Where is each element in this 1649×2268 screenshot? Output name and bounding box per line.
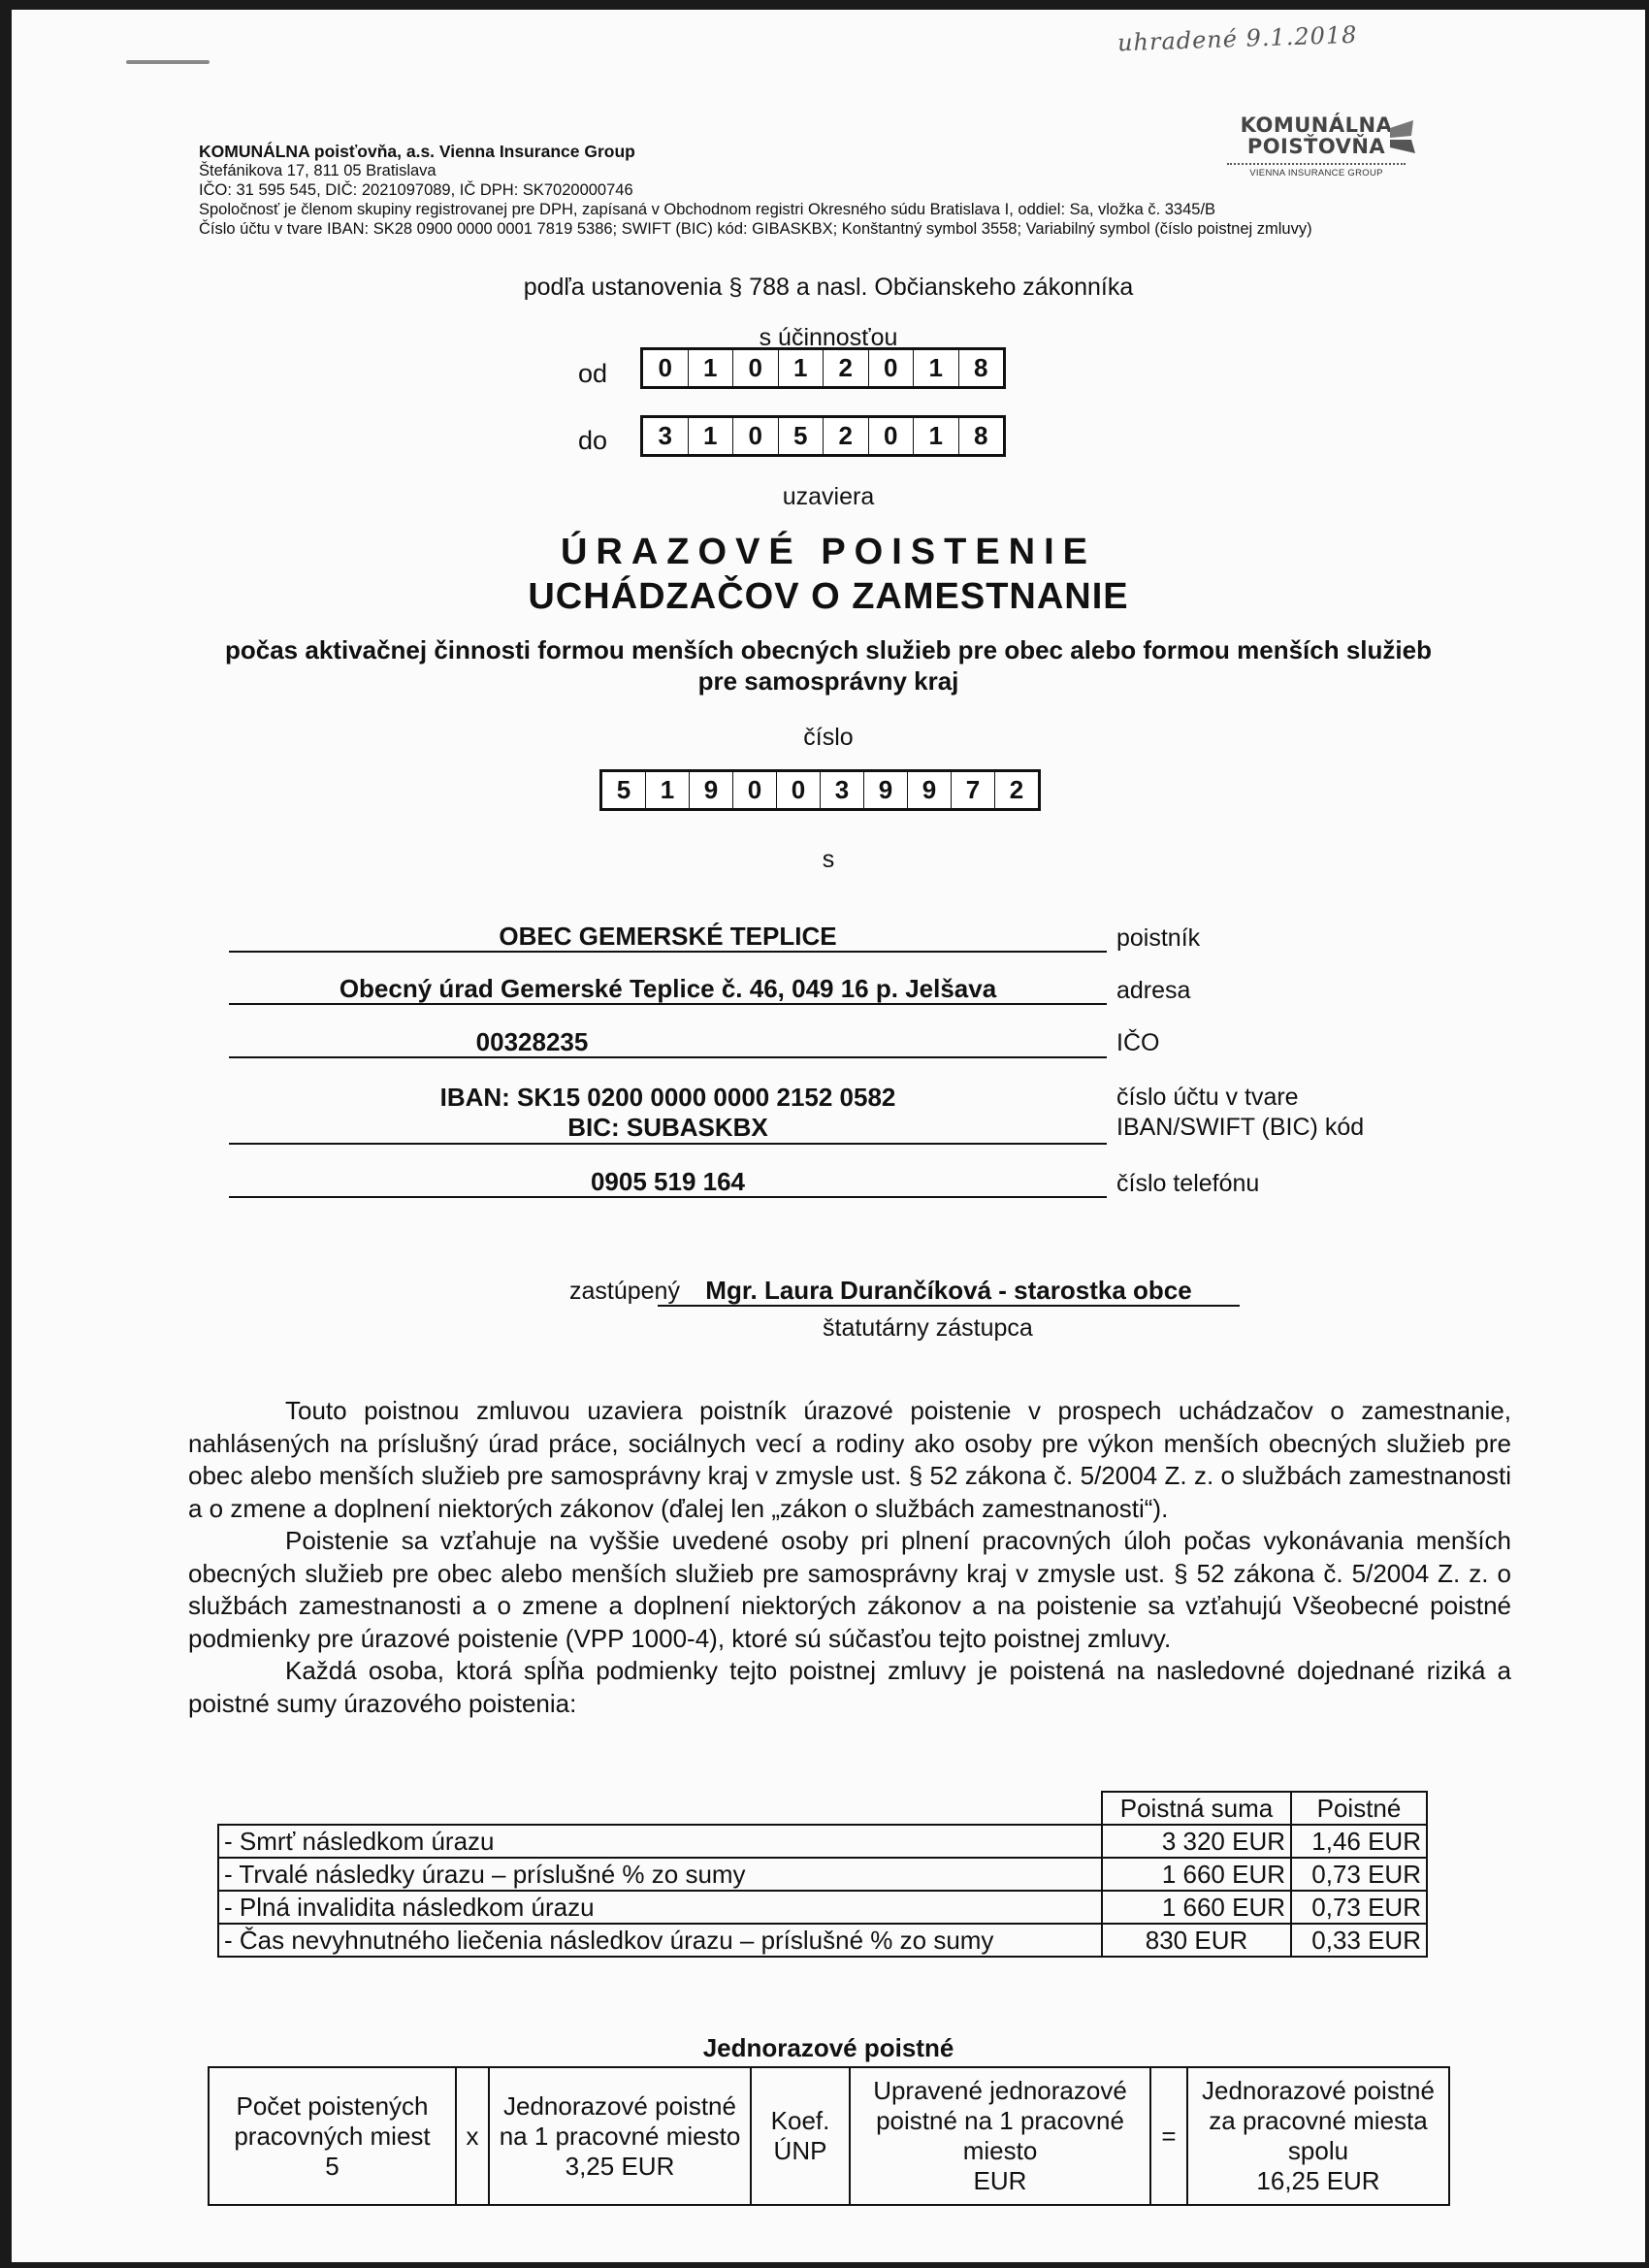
policyholder-ico-field: 00328235 [229,1027,1107,1058]
digit-cell: 0 [868,418,914,454]
table-row: - Trvalé následky úrazu – príslušné % zo… [218,1858,1427,1891]
iban-value: IBAN: SK15 0200 0000 0000 2152 0582 [229,1083,1107,1113]
validity-from-label: od [578,359,607,389]
digit-cell: 9 [689,772,732,808]
table-row: - Smrť následkom úrazu 3 320 EUR 1,46 EU… [218,1825,1427,1858]
logo-divider [1227,163,1406,165]
single-premium-title: Jednorazové poistné [12,2033,1645,2063]
concludes-label: uzaviera [12,483,1645,511]
digit-cell: 7 [951,772,994,808]
contract-body: Touto poistnou zmluvou uzaviera poistník… [188,1395,1511,1720]
logo-line1: KOMUNÁLNA [1219,114,1413,136]
digit-cell: 0 [868,350,914,386]
risk-sum: 1 660 EUR [1102,1858,1291,1891]
company-logo: KOMUNÁLNA POISŤOVŇA VIENNA INSURANCE GRO… [1219,114,1413,178]
digit-cell: 2 [994,772,1038,808]
multiply-operator: x [456,2067,489,2205]
premium-per-position-cell: Jednorazové poistné na 1 pracovné miesto… [489,2067,751,2205]
body-paragraph: Poistenie sa vzťahuje na vyššie uvedené … [188,1525,1511,1655]
risk-table: Poistná suma Poistné - Smrť následkom úr… [217,1791,1428,1958]
policyholder-account-field: IBAN: SK15 0200 0000 0000 2152 0582 BIC:… [229,1083,1107,1145]
representative-field: Mgr. Laura Durančíková - starostka obce [658,1276,1240,1307]
risk-sum: 3 320 EUR [1102,1825,1291,1858]
digit-cell: 0 [732,350,778,386]
policyholder-phone-field: 0905 519 164 [229,1167,1107,1198]
document-title: ÚRAZOVÉ POISTENIE [12,532,1645,573]
account-label-line2: IBAN/SWIFT (BIC) kód [1116,1113,1364,1143]
digit-cell: 8 [958,418,1004,454]
risk-premium: 1,46 EUR [1291,1825,1427,1858]
policyholder-name-label: poistník [1116,923,1200,953]
policyholder-phone-label: číslo telefónu [1116,1169,1259,1198]
staple-mark [126,60,210,64]
with-label: s [12,846,1645,874]
risk-name: - Smrť následkom úrazu [218,1825,1102,1858]
representative-sublabel: štatutárny zástupca [823,1314,1033,1343]
table-row: - Plná invalidita následkom úrazu 1 660 … [218,1891,1427,1924]
digit-cell: 5 [602,772,645,808]
digit-cell: 0 [732,418,778,454]
risk-name: - Plná invalidita následkom úrazu [218,1891,1102,1924]
digit-cell: 0 [776,772,820,808]
policyholder-address-label: adresa [1116,976,1190,1005]
insurer-registration: Spoločnosť je členom skupiny registrovan… [199,200,1343,219]
body-paragraph: Každá osoba, ktorá spĺňa podmienky tejto… [188,1655,1511,1720]
insurer-address: Štefánikova 17, 811 05 Bratislava [199,161,1343,180]
logo-line2: POISŤOVŇA [1219,136,1413,157]
legal-basis: podľa ustanovenia § 788 a nasl. Občiansk… [12,274,1645,302]
single-premium-table: Počet poistených pracovných miest 5 x Je… [208,2066,1450,2206]
header-premium: Poistné [1291,1792,1427,1825]
risk-premium: 0,33 EUR [1291,1924,1427,1957]
risk-table-header: Poistná suma Poistné [218,1792,1427,1825]
ico-value: 00328235 [476,1027,589,1056]
digit-cell: 5 [778,418,824,454]
digit-cell: 1 [778,350,824,386]
document-subtitle: počas aktivačnej činnosti formou menších… [206,634,1451,697]
digit-cell: 2 [823,350,868,386]
body-paragraph: Touto poistnou zmluvou uzaviera poistník… [188,1395,1511,1525]
digit-cell: 2 [823,418,868,454]
digit-cell: 3 [820,772,863,808]
document-page: uhradené 9.1.2018 KOMUNÁLNA poisťovňa, a… [12,10,1645,2262]
total-premium-value: 16,25 EUR [1192,2166,1444,2196]
bic-value: BIC: SUBASKBX [229,1113,1107,1143]
digit-cell: 1 [688,418,733,454]
handwritten-note: uhradené 9.1.2018 [1117,21,1358,57]
risk-sum: 1 660 EUR [1102,1891,1291,1924]
digit-cell: 1 [645,772,689,808]
logo-wing-icon [1386,120,1415,157]
insured-positions-value: 5 [213,2152,451,2182]
policyholder-name-field: OBEC GEMERSKÉ TEPLICE [229,922,1107,953]
risk-premium: 0,73 EUR [1291,1858,1427,1891]
digit-cell: 9 [907,772,951,808]
risk-sum: 830 EUR [1102,1924,1291,1957]
coefficient-cell: Koef. ÚNP [751,2067,850,2205]
digit-cell: 1 [688,350,733,386]
contract-number: 5190039972 [599,769,1041,811]
policyholder-account-label: číslo účtu v tvare IBAN/SWIFT (BIC) kód [1116,1083,1364,1143]
total-premium-cell: Jednorazové poistné za pracovné miesta s… [1187,2067,1449,2205]
risk-premium: 0,73 EUR [1291,1891,1427,1924]
risk-name: - Trvalé následky úrazu – príslušné % zo… [218,1858,1102,1891]
insurer-company: KOMUNÁLNA poisťovňa, a.s. Vienna Insuran… [199,142,1343,161]
digit-cell: 1 [913,418,958,454]
document-title-line2: UCHÁDZAČOV O ZAMESTNANIE [12,576,1645,618]
adjusted-premium-cell: Upravené jednorazové poistné na 1 pracov… [850,2067,1150,2205]
premium-per-position-value: 3,25 EUR [494,2152,746,2182]
total-premium-label: Jednorazové poistné za pracovné miesta s… [1192,2076,1444,2166]
insurer-bank: Číslo účtu v tvare IBAN: SK28 0900 0000 … [199,219,1343,239]
header-sum: Poistná suma [1102,1792,1291,1825]
premium-per-position-label: Jednorazové poistné na 1 pracovné miesto [494,2091,746,2152]
risk-name: - Čas nevyhnutného liečenia následkov úr… [218,1924,1102,1957]
adjusted-premium-value: EUR [855,2166,1146,2196]
insurer-header: KOMUNÁLNA poisťovňa, a.s. Vienna Insuran… [199,142,1343,239]
equals-operator: = [1150,2067,1187,2205]
logo-group: VIENNA INSURANCE GROUP [1219,168,1413,178]
contract-number-label: číslo [12,724,1645,752]
digit-cell: 0 [732,772,776,808]
insurer-ids: IČO: 31 595 545, DIČ: 2021097089, IČ DPH… [199,180,1343,200]
insured-positions-label: Počet poistených pracovných miest [213,2091,451,2152]
validity-to-date: 31052018 [640,415,1006,457]
digit-cell: 0 [643,350,688,386]
digit-cell: 8 [958,350,1004,386]
account-label-line1: číslo účtu v tvare [1116,1083,1364,1113]
table-row: - Čas nevyhnutného liečenia následkov úr… [218,1924,1427,1957]
policyholder-ico-label: IČO [1116,1028,1159,1057]
policyholder-address-field: Obecný úrad Gemerské Teplice č. 46, 049 … [229,974,1107,1005]
digit-cell: 3 [643,418,688,454]
validity-from-date: 01012018 [640,347,1006,389]
adjusted-premium-label: Upravené jednorazové poistné na 1 pracov… [855,2076,1146,2166]
digit-cell: 9 [863,772,907,808]
digit-cell: 1 [913,350,958,386]
coefficient-label: Koef. ÚNP [756,2106,845,2166]
validity-to-label: do [578,426,607,456]
insured-positions-cell: Počet poistených pracovných miest 5 [209,2067,456,2205]
